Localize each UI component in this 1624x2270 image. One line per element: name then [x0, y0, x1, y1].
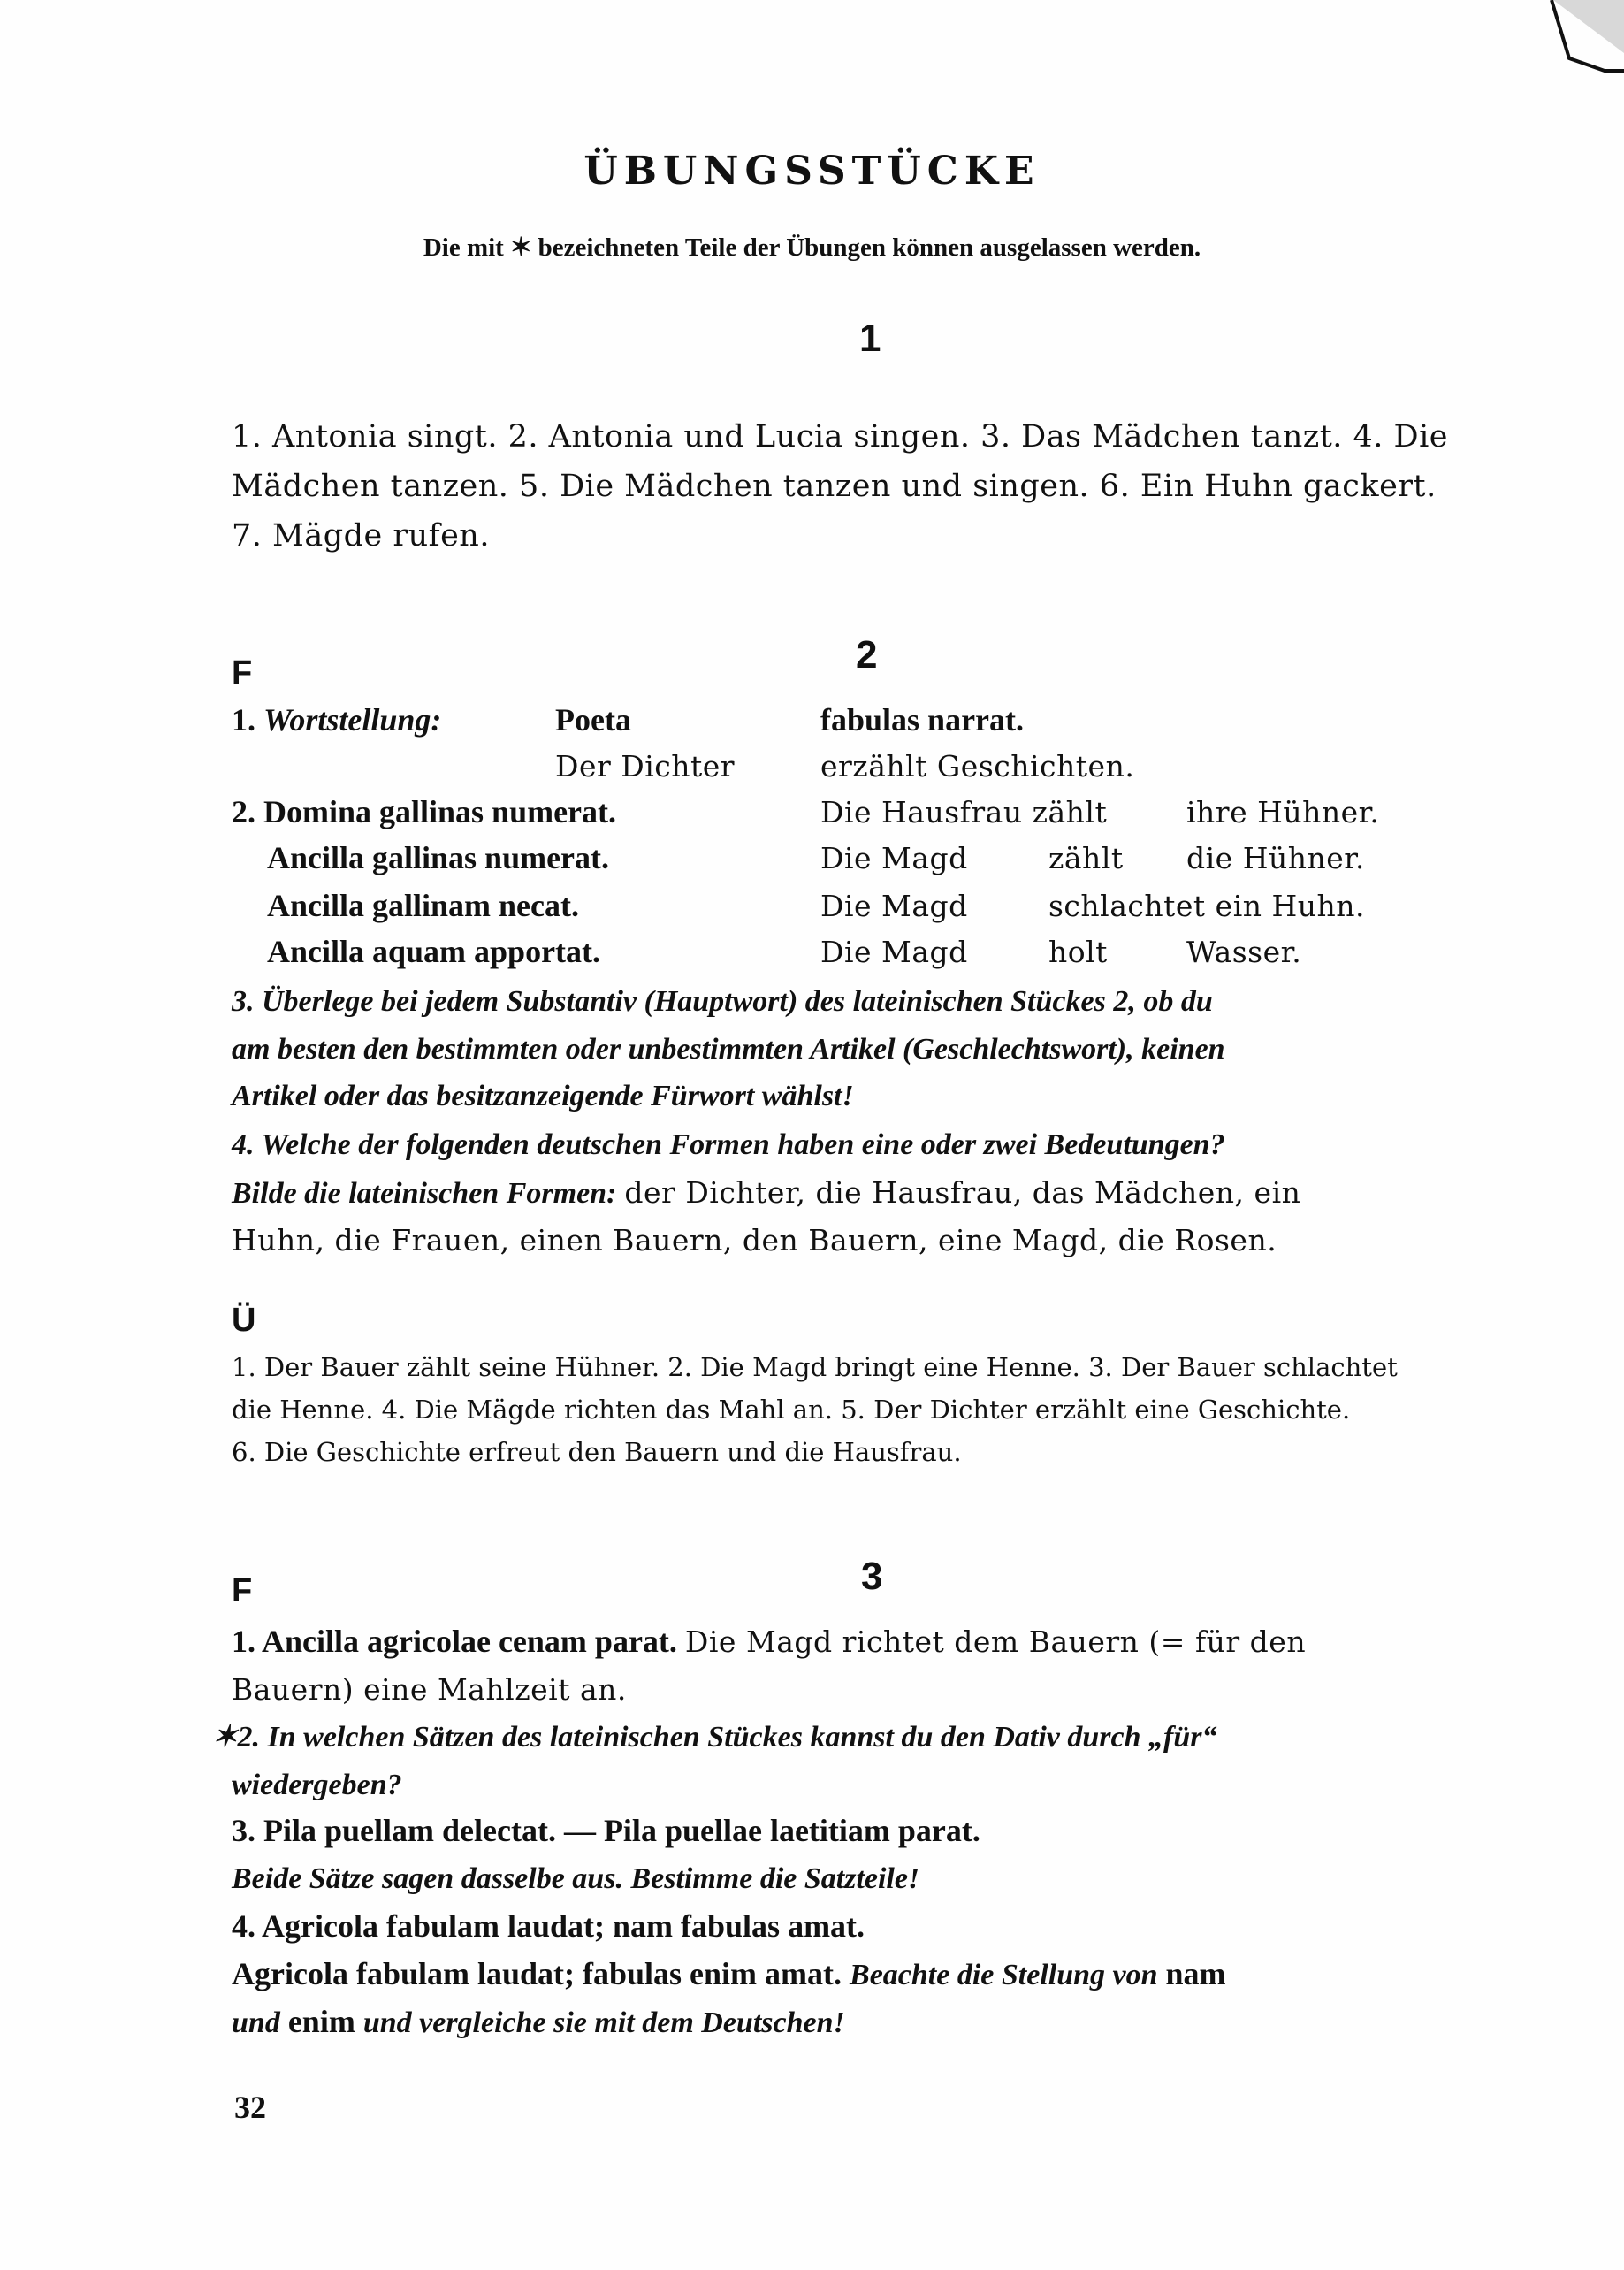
instruction-4-line-2: Bilde die lateinischen Formen: der Dicht…	[232, 1169, 1300, 1217]
wortstellung-label: Wortstellung:	[263, 702, 441, 738]
section-2-item-1: 1. Wortstellung:	[232, 697, 441, 744]
document-page: ÜBUNGSSTÜCKE Die mit ✶ bezeichneten Teil…	[0, 0, 1624, 2270]
german-row-4-object: Wasser.	[1186, 929, 1301, 975]
page-title: ÜBUNGSSTÜCKE	[0, 149, 1624, 194]
german-row-2-object: die Hühner.	[1186, 835, 1365, 882]
section-3-item-3-latin: 3. Pila puellam delectat. — Pila puellae…	[232, 1808, 980, 1854]
section-3-item-3-instruction: Beide Sätze sagen dasselbe aus. Bestimme…	[232, 1855, 919, 1902]
section-1-line-3: 7. Mägde rufen.	[232, 513, 490, 560]
german-row-4-verb: holt	[1048, 929, 1108, 975]
question-2-text: 2. In welchen Sätzen des lateinischen St…	[238, 1721, 1217, 1754]
latin-sentence-2: Agricola fabulam laudat; fabulas enim am…	[232, 1956, 842, 1991]
section-2-f-label: F	[232, 654, 252, 692]
german-row-1-subject-verb: Die Hausfrau zählt	[820, 789, 1107, 836]
word-nam: nam	[1166, 1956, 1226, 1991]
german-row-1-object: ihre Hühner.	[1186, 789, 1379, 836]
section-3-number: 3	[861, 1555, 882, 1599]
section-3-item-2-line-1: ✶2. In welchen Sätzen des lateinischen S…	[212, 1714, 1217, 1761]
instruction-4-line-1: 4. Welche der folgenden deutschen Formen…	[232, 1121, 1225, 1168]
section-3-item-2-line-2: wiedergeben?	[232, 1762, 402, 1808]
instruction-3-line-1: 3. Überlege bei jedem Substantiv (Hauptw…	[232, 978, 1213, 1025]
german-subject: Der Dichter	[555, 743, 735, 790]
optional-star-icon: ✶	[212, 1721, 238, 1754]
instruction-part-a: Beachte die Stellung von	[850, 1959, 1158, 1991]
german-row-2-verb: zählt	[1048, 835, 1124, 882]
page-number: 32	[234, 2089, 266, 2126]
german-sentence: Die Magd richtet dem Bauern (= für den	[685, 1624, 1306, 1659]
latin-row-4: Ancilla aquam apportat.	[267, 929, 600, 975]
section-2-number: 2	[856, 633, 877, 677]
latin-row-1: 2. Domina gallinas numerat.	[232, 789, 616, 836]
latin-sentence: 1. Ancilla agricolae cenam parat.	[232, 1624, 677, 1659]
instruction-3-line-2: am besten den bestimmten oder unbestimmt…	[232, 1026, 1225, 1073]
instruction-3-line-3: Artikel oder das besitzanzeigende Fürwor…	[232, 1073, 854, 1120]
german-predicate: erzählt Geschichten.	[820, 743, 1134, 790]
section-1-line-1: 1. Antonia singt. 2. Antonia und Lucia s…	[232, 414, 1448, 461]
german-forms-2: Huhn, die Frauen, einen Bauern, den Baue…	[232, 1217, 1277, 1264]
item-number: 1.	[232, 702, 255, 738]
german-row-4-subject: Die Magd	[820, 929, 968, 975]
section-1-line-2: Mädchen tanzen. 5. Die Mädchen tanzen un…	[232, 463, 1437, 510]
page-corner-fold	[1500, 0, 1624, 80]
latin-subject: Poeta	[555, 697, 631, 744]
section-1-number: 1	[859, 317, 881, 361]
section-3-f-label: F	[232, 1572, 252, 1610]
instruction-part-c: und vergleiche sie mit dem Deutschen!	[363, 2006, 845, 2039]
instruction-4-italic: Bilde die lateinischen Formen:	[232, 1177, 616, 1210]
german-row-2-subject: Die Magd	[820, 835, 968, 882]
german-row-3-subject: Die Magd	[820, 883, 968, 929]
page-subtitle: Die mit ✶ bezeichneten Teile der Übungen…	[0, 232, 1624, 263]
section-3-item-4-line-2: Agricola fabulam laudat; fabulas enim am…	[232, 1951, 1226, 1999]
german-row-3-verb-object: schlachtet ein Huhn.	[1048, 883, 1365, 929]
translation-line-2: die Henne. 4. Die Mägde richten das Mahl…	[232, 1388, 1350, 1431]
translation-line-1: 1. Der Bauer zählt seine Hühner. 2. Die …	[232, 1346, 1398, 1388]
word-enim: enim	[288, 2004, 355, 2039]
latin-row-2: Ancilla gallinas numerat.	[267, 835, 609, 882]
german-forms-1: der Dichter, die Hausfrau, das Mädchen, …	[624, 1175, 1300, 1210]
german-sentence-cont: Bauern) eine Mahlzeit an.	[232, 1666, 627, 1713]
section-3-item-4-latin-1: 4. Agricola fabulam laudat; nam fabulas …	[232, 1903, 865, 1950]
section-2-u-label: Ü	[232, 1302, 255, 1340]
latin-predicate: fabulas narrat.	[820, 697, 1024, 744]
latin-row-3: Ancilla gallinam necat.	[267, 883, 579, 929]
translation-line-3: 6. Die Geschichte erfreut den Bauern und…	[232, 1431, 962, 1473]
section-3-item-1: 1. Ancilla agricolae cenam parat. Die Ma…	[232, 1618, 1306, 1665]
instruction-und: und	[232, 2006, 280, 2039]
section-3-item-4-line-3: und enim und vergleiche sie mit dem Deut…	[232, 1999, 845, 2046]
